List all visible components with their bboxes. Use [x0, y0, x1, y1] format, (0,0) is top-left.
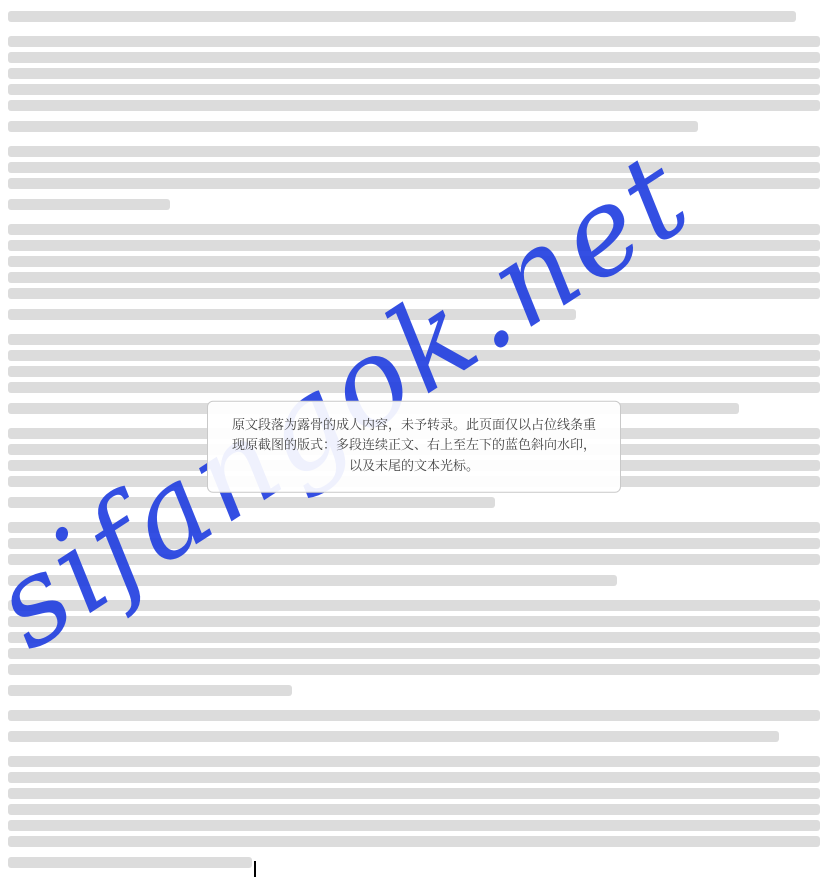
- redacted-text-line: [8, 309, 576, 320]
- redacted-text-line: [8, 772, 820, 783]
- paragraph-redacted: [8, 36, 820, 141]
- redacted-text-line: [8, 199, 170, 210]
- paragraph-redacted: [8, 600, 820, 705]
- redacted-text-line: [8, 382, 820, 393]
- document-page: sifangok.net 原文段落为露骨的成人内容，未予转录。此页面仅以占位线条…: [0, 0, 828, 893]
- redaction-notice: 原文段落为露骨的成人内容，未予转录。此页面仅以占位线条重现原截图的版式：多段连续…: [207, 400, 621, 492]
- redacted-text-line: [8, 272, 820, 283]
- redacted-text-line: [8, 538, 820, 549]
- redacted-text-line: [8, 178, 820, 189]
- redacted-text-line: [8, 788, 820, 799]
- redacted-text-line: [8, 600, 820, 611]
- redacted-text-line: [8, 288, 820, 299]
- paragraph-redacted: [8, 710, 820, 751]
- redacted-text-line: [8, 162, 820, 173]
- redacted-text-line: [8, 256, 820, 267]
- redacted-text-line: [8, 731, 779, 742]
- redacted-text-line: [8, 710, 820, 721]
- redacted-text-line: [8, 366, 820, 377]
- paragraph-redacted: [8, 756, 820, 877]
- redacted-text-line: [8, 632, 820, 643]
- redacted-text-line: [8, 497, 495, 508]
- text-cursor: [254, 861, 256, 877]
- redacted-text-line: [8, 804, 820, 815]
- redacted-text-line: [8, 836, 820, 847]
- redacted-text-line: [8, 616, 820, 627]
- redacted-text-line: [8, 100, 820, 111]
- redacted-text-line: [8, 84, 820, 95]
- redacted-text-line: [8, 11, 796, 22]
- redacted-text-line: [8, 664, 820, 675]
- paragraph-redacted: [8, 224, 820, 329]
- redacted-text-line: [8, 756, 820, 767]
- redacted-text-line: [8, 36, 820, 47]
- redacted-text-line: [8, 52, 820, 63]
- paragraph-redacted: [8, 146, 820, 219]
- redacted-text-line: [8, 857, 252, 868]
- redacted-text-line: [8, 146, 820, 157]
- paragraph-redacted: [8, 522, 820, 595]
- redacted-text-line: [8, 554, 820, 565]
- redacted-text-line: [8, 68, 820, 79]
- redacted-text-line: [8, 224, 820, 235]
- redacted-text-line: [8, 575, 617, 586]
- redacted-text-line: [8, 121, 698, 132]
- redacted-text-line: [8, 350, 820, 361]
- paragraph-redacted: [8, 6, 820, 31]
- redacted-text-line: [8, 648, 820, 659]
- redacted-text-line: [8, 522, 820, 533]
- redacted-text-line: [8, 685, 292, 696]
- redacted-text-line: [8, 240, 820, 251]
- redacted-text-line: [8, 820, 820, 831]
- redacted-text-line: [8, 334, 820, 345]
